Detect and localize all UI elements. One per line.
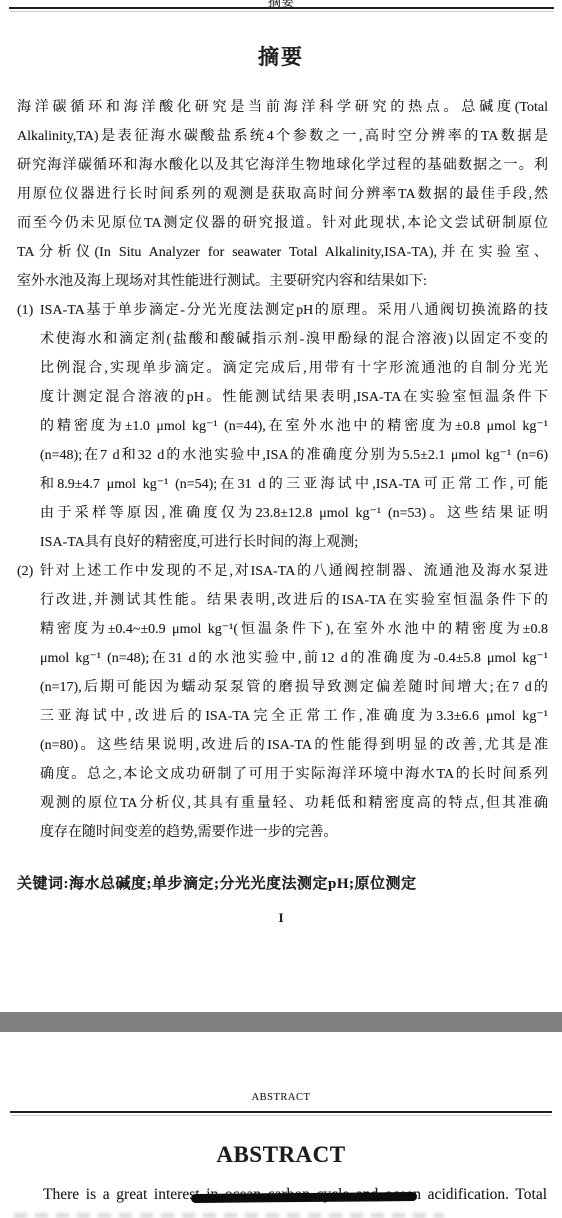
text-line: 精密度为±0.4~±0.9 μmol kg⁻¹(恒温条件下),在室外水池中的精密… xyxy=(40,615,548,644)
intro-paragraph: 海洋碳循环和海洋酸化研究是当前海洋科学研究的热点。总碱度(TotalAlkali… xyxy=(17,93,548,296)
text-segment-before: There is a great interes xyxy=(43,1186,195,1203)
header-rule xyxy=(10,1111,552,1115)
text-line: (n=80)。这些结果说明,改进后的ISA-TA的性能得到明显的改善,尤其是准 xyxy=(40,731,548,760)
text-segment-after: n acidification. Total xyxy=(413,1186,547,1203)
result-item-2: (2) 针对上述工作中发现的不足,对ISA-TA的八通阀控制器、流通池及海水泵进… xyxy=(17,557,548,847)
cut-off-text-line xyxy=(14,1213,444,1218)
text-line: μmol kg⁻¹ (n=48);在31 d的水池实验中,前12 d的准确度为-… xyxy=(40,644,548,673)
text-line: 海洋碳循环和海洋酸化研究是当前海洋科学研究的热点。总碱度(Total xyxy=(17,93,548,122)
page-chinese-abstract: 摘要 摘要 海洋碳循环和海洋酸化研究是当前海洋科学研究的热点。总碱度(Total… xyxy=(0,0,562,1012)
text-line: Alkalinity,TA)是表征海水碳酸盐系统4个参数之一,高时空分辨率的TA… xyxy=(17,122,548,151)
page-number: I xyxy=(0,910,562,926)
text-line: 由于采样等原因,准确度仅为23.8±12.8 μmol kg⁻¹ (n=53)。… xyxy=(40,499,548,528)
text-line: 行改进,并测试其性能。结果表明,改进后的ISA-TA在实验室恒温条件下的 xyxy=(40,586,548,615)
page-english-abstract: ABSTRACT ABSTRACT There is a great inter… xyxy=(0,1032,562,1218)
text-line: ISA-TA具有良好的精密度,可进行长时间的海上观测; xyxy=(40,528,548,557)
text-line: TA分析仪(In Situ Analyzer for seawater Tota… xyxy=(17,238,548,267)
item-2-lines: 针对上述工作中发现的不足,对ISA-TA的八通阀控制器、流通池及海水泵进行改进,… xyxy=(40,557,548,847)
text-line: 比例混合,实现单步滴定。滴定完成后,用带有十字形流通池的自制分光光 xyxy=(40,354,548,383)
text-line: 三亚海试中,改进后的ISA-TA完全正常工作,准确度为3.3±6.6 μmol … xyxy=(40,702,548,731)
text-line: 术使海水和滴定剂(盐酸和酸碱指示剂-溴甲酚绿的混合溶液)以固定不变的 xyxy=(40,325,548,354)
header-rule xyxy=(9,7,554,11)
english-first-line: There is a great interest in ocean carbo… xyxy=(17,1182,547,1208)
redacted-text: t in ocean carbon cycle and ocea xyxy=(195,1186,413,1203)
text-line: 针对上述工作中发现的不足,对ISA-TA的八通阀控制器、流通池及海水泵进 xyxy=(40,557,548,586)
item-1-lines: ISA-TA基于单步滴定-分光光度法测定pH的原理。采用八通阀切换流路的技术使海… xyxy=(40,296,548,557)
item-2-marker: (2) xyxy=(17,557,33,586)
item-1-marker: (1) xyxy=(17,296,33,325)
text-line: 度计测定混合溶液的pH。性能测试结果表明,ISA-TA在实验室恒温条件下 xyxy=(40,383,548,412)
running-header: ABSTRACT xyxy=(0,1092,562,1103)
abstract-body: 海洋碳循环和海洋酸化研究是当前海洋科学研究的热点。总碱度(TotalAlkali… xyxy=(17,93,548,847)
text-line: 用原位仪器进行长时间系列的观测是获取高时间分辨率TA数据的最佳手段,然 xyxy=(17,180,548,209)
text-line: 室外水池及海上现场对其性能进行测试。主要研究内容和结果如下: xyxy=(17,267,548,296)
scanned-document: 摘要 摘要 海洋碳循环和海洋酸化研究是当前海洋科学研究的热点。总碱度(Total… xyxy=(0,0,562,1218)
result-item-1: (1) ISA-TA基于单步滴定-分光光度法测定pH的原理。采用八通阀切换流路的… xyxy=(17,296,548,557)
text-line: (n=48);在7 d和32 d的水池实验中,ISA的准确度分别为5.5±2.1… xyxy=(40,441,548,470)
page-title: ABSTRACT xyxy=(0,1142,562,1168)
keywords-line: 关键词:海水总碱度;单步滴定;分光光度法测定pH;原位测定 xyxy=(17,872,548,893)
page-title: 摘要 xyxy=(0,41,562,71)
text-line: ISA-TA基于单步滴定-分光光度法测定pH的原理。采用八通阀切换流路的技 xyxy=(40,296,548,325)
redaction-mark: t in ocean carbon cycle and ocea xyxy=(195,1186,413,1203)
text-line: 的精密度为±1.0 μmol kg⁻¹ (n=44),在室外水池中的精密度为±0… xyxy=(40,412,548,441)
text-line: 观测的原位TA分析仪,其具有重量轻、功耗低和精密度高的特点,但其准确 xyxy=(40,789,548,818)
text-line: 度存在随时间变差的趋势,需要作进一步的完善。 xyxy=(40,818,548,847)
text-line: 而至今仍未见原位TA测定仪器的研究报道。针对此现状,本论文尝试研制原位 xyxy=(17,209,548,238)
text-line: 和8.9±4.7 μmol kg⁻¹ (n=54);在31 d的三亚海试中,IS… xyxy=(40,470,548,499)
page-separator-bar xyxy=(0,1012,562,1032)
text-line: 研究海洋碳循环和海水酸化以及其它海洋生物地球化学过程的基础数据之一。利 xyxy=(17,151,548,180)
text-line: 确度。总之,本论文成功研制了可用于实际海洋环境中海水TA的长时间系列 xyxy=(40,760,548,789)
text-line: (n=17),后期可能因为蠕动泵泵管的磨损导致测定偏差随时间增大;在7 d的 xyxy=(40,673,548,702)
